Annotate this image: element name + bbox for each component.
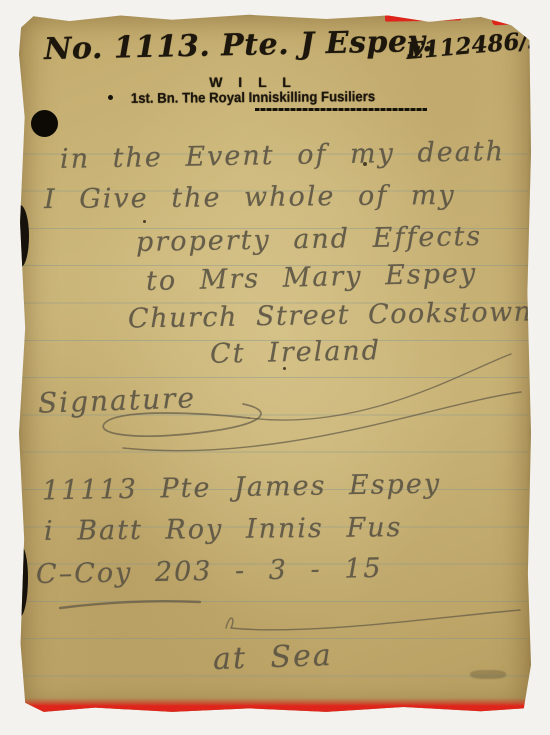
battalion-stamp-line: 1st. Bn. The Royal Inniskilling Fusilier… — [107, 88, 398, 106]
red-painted-bottom-edge — [18, 698, 532, 714]
torn-edge-patch — [14, 205, 29, 267]
signature-label: Signature — [37, 381, 196, 419]
will-body-line: to Mrs Mary Espey — [146, 258, 478, 297]
will-document-page: No. 1113. Pte. J Espey. E112486/2 W I L … — [18, 12, 532, 714]
torn-edge-patch — [15, 72, 22, 162]
ink-speck — [363, 162, 367, 166]
signature-company-date-line: C–Coy 203 - 3 - 15 — [36, 553, 383, 590]
hole-punch — [31, 110, 58, 137]
will-body-line: I Give the whole of my — [44, 180, 456, 215]
will-body-line: Ct Ireland — [210, 335, 382, 370]
scan-background: No. 1113. Pte. J Espey. E112486/2 W I L … — [0, 0, 550, 735]
red-edge-mark — [492, 10, 550, 25]
torn-edge-patch — [14, 545, 28, 617]
signature-place-line: at Sea — [212, 638, 333, 677]
ink-speck — [283, 367, 286, 370]
ink-speck — [143, 220, 146, 223]
will-body-line: Church Street Cookstown — [128, 296, 533, 334]
faint-pencil-smudge — [470, 670, 506, 679]
red-edge-mark — [385, 11, 461, 21]
soldier-number-heading: No. 1113. Pte. J Espey. — [44, 24, 434, 67]
will-body-line: in the Event of my death — [60, 136, 506, 175]
signature-name-line: 11113 Pte James Espey — [42, 469, 442, 507]
stamp-underline — [255, 108, 427, 111]
will-body-line: property and Effects — [136, 221, 483, 258]
battalion-will-stamp: W I L L 1st. Bn. The Royal Inniskilling … — [98, 74, 408, 105]
signature-unit-line: i Batt Roy Innis Fus — [44, 512, 403, 547]
